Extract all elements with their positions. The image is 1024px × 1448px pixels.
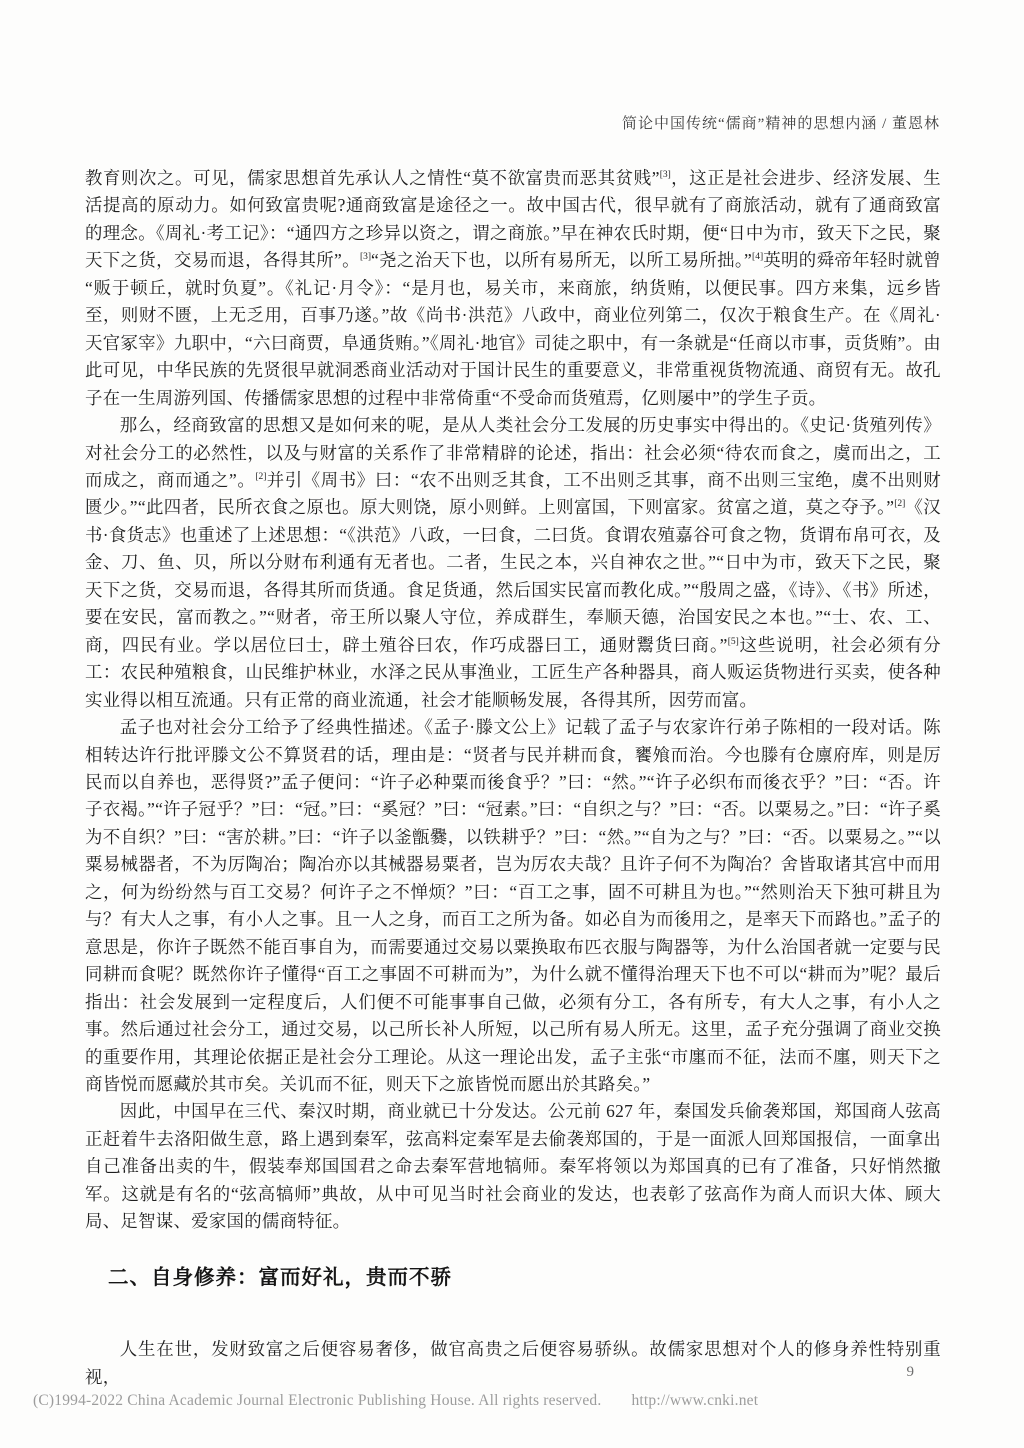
page-number: 9 <box>907 1364 915 1381</box>
body-paragraphs: 教育则次之。可见，儒家思想首先承认人之情性“莫不欲富贵而恶其贫贱”[3]，这正是… <box>85 165 941 1236</box>
running-title: 简论中国传统“儒商”精神的思想内涵 / 董恩林 <box>622 112 940 133</box>
citation-superscript: [4] <box>752 253 763 263</box>
closing-paragraphs: 人生在世，发财致富之后便容易奢侈，做官高贵之后便容易骄纵。故儒家思想对个人的修身… <box>85 1336 941 1391</box>
citation-superscript: [3] <box>360 253 371 263</box>
paragraph: 那么，经商致富的思想又是如何来的呢，是从人类社会分工发展的历史事实中得出的。《史… <box>85 412 941 714</box>
section-heading: 二、自身修养：富而好礼，贵而不骄 <box>85 1265 941 1292</box>
paper-page: 简论中国传统“儒商”精神的思想内涵 / 董恩林 教育则次之。可见，儒家思想首先承… <box>0 0 1024 1448</box>
paragraph: 因此，中国早在三代、秦汉时期，商业就已十分发达。公元前 627 年，秦国发兵偷袭… <box>85 1098 941 1235</box>
footer: (C)1994-2022 China Academic Journal Elec… <box>33 1392 991 1410</box>
paragraph: 教育则次之。可见，儒家思想首先承认人之情性“莫不欲富贵而恶其贫贱”[3]，这正是… <box>85 165 941 412</box>
citation-superscript: [5] <box>728 637 739 647</box>
citation-superscript: [3] <box>660 170 671 180</box>
citation-superscript: [2] <box>255 472 266 482</box>
footer-url: http://www.cnki.net <box>631 1392 758 1410</box>
footer-copyright: (C)1994-2022 China Academic Journal Elec… <box>33 1392 601 1410</box>
paragraph: 人生在世，发财致富之后便容易奢侈，做官高贵之后便容易骄纵。故儒家思想对个人的修身… <box>85 1336 941 1391</box>
paragraph: 孟子也对社会分工给予了经典性描述。《孟子·滕文公上》记载了孟子与农家许行弟子陈相… <box>85 714 941 1098</box>
page-body: 教育则次之。可见，儒家思想首先承认人之情性“莫不欲富贵而恶其贫贱”[3]，这正是… <box>85 165 941 1391</box>
citation-superscript: [2] <box>894 500 905 510</box>
